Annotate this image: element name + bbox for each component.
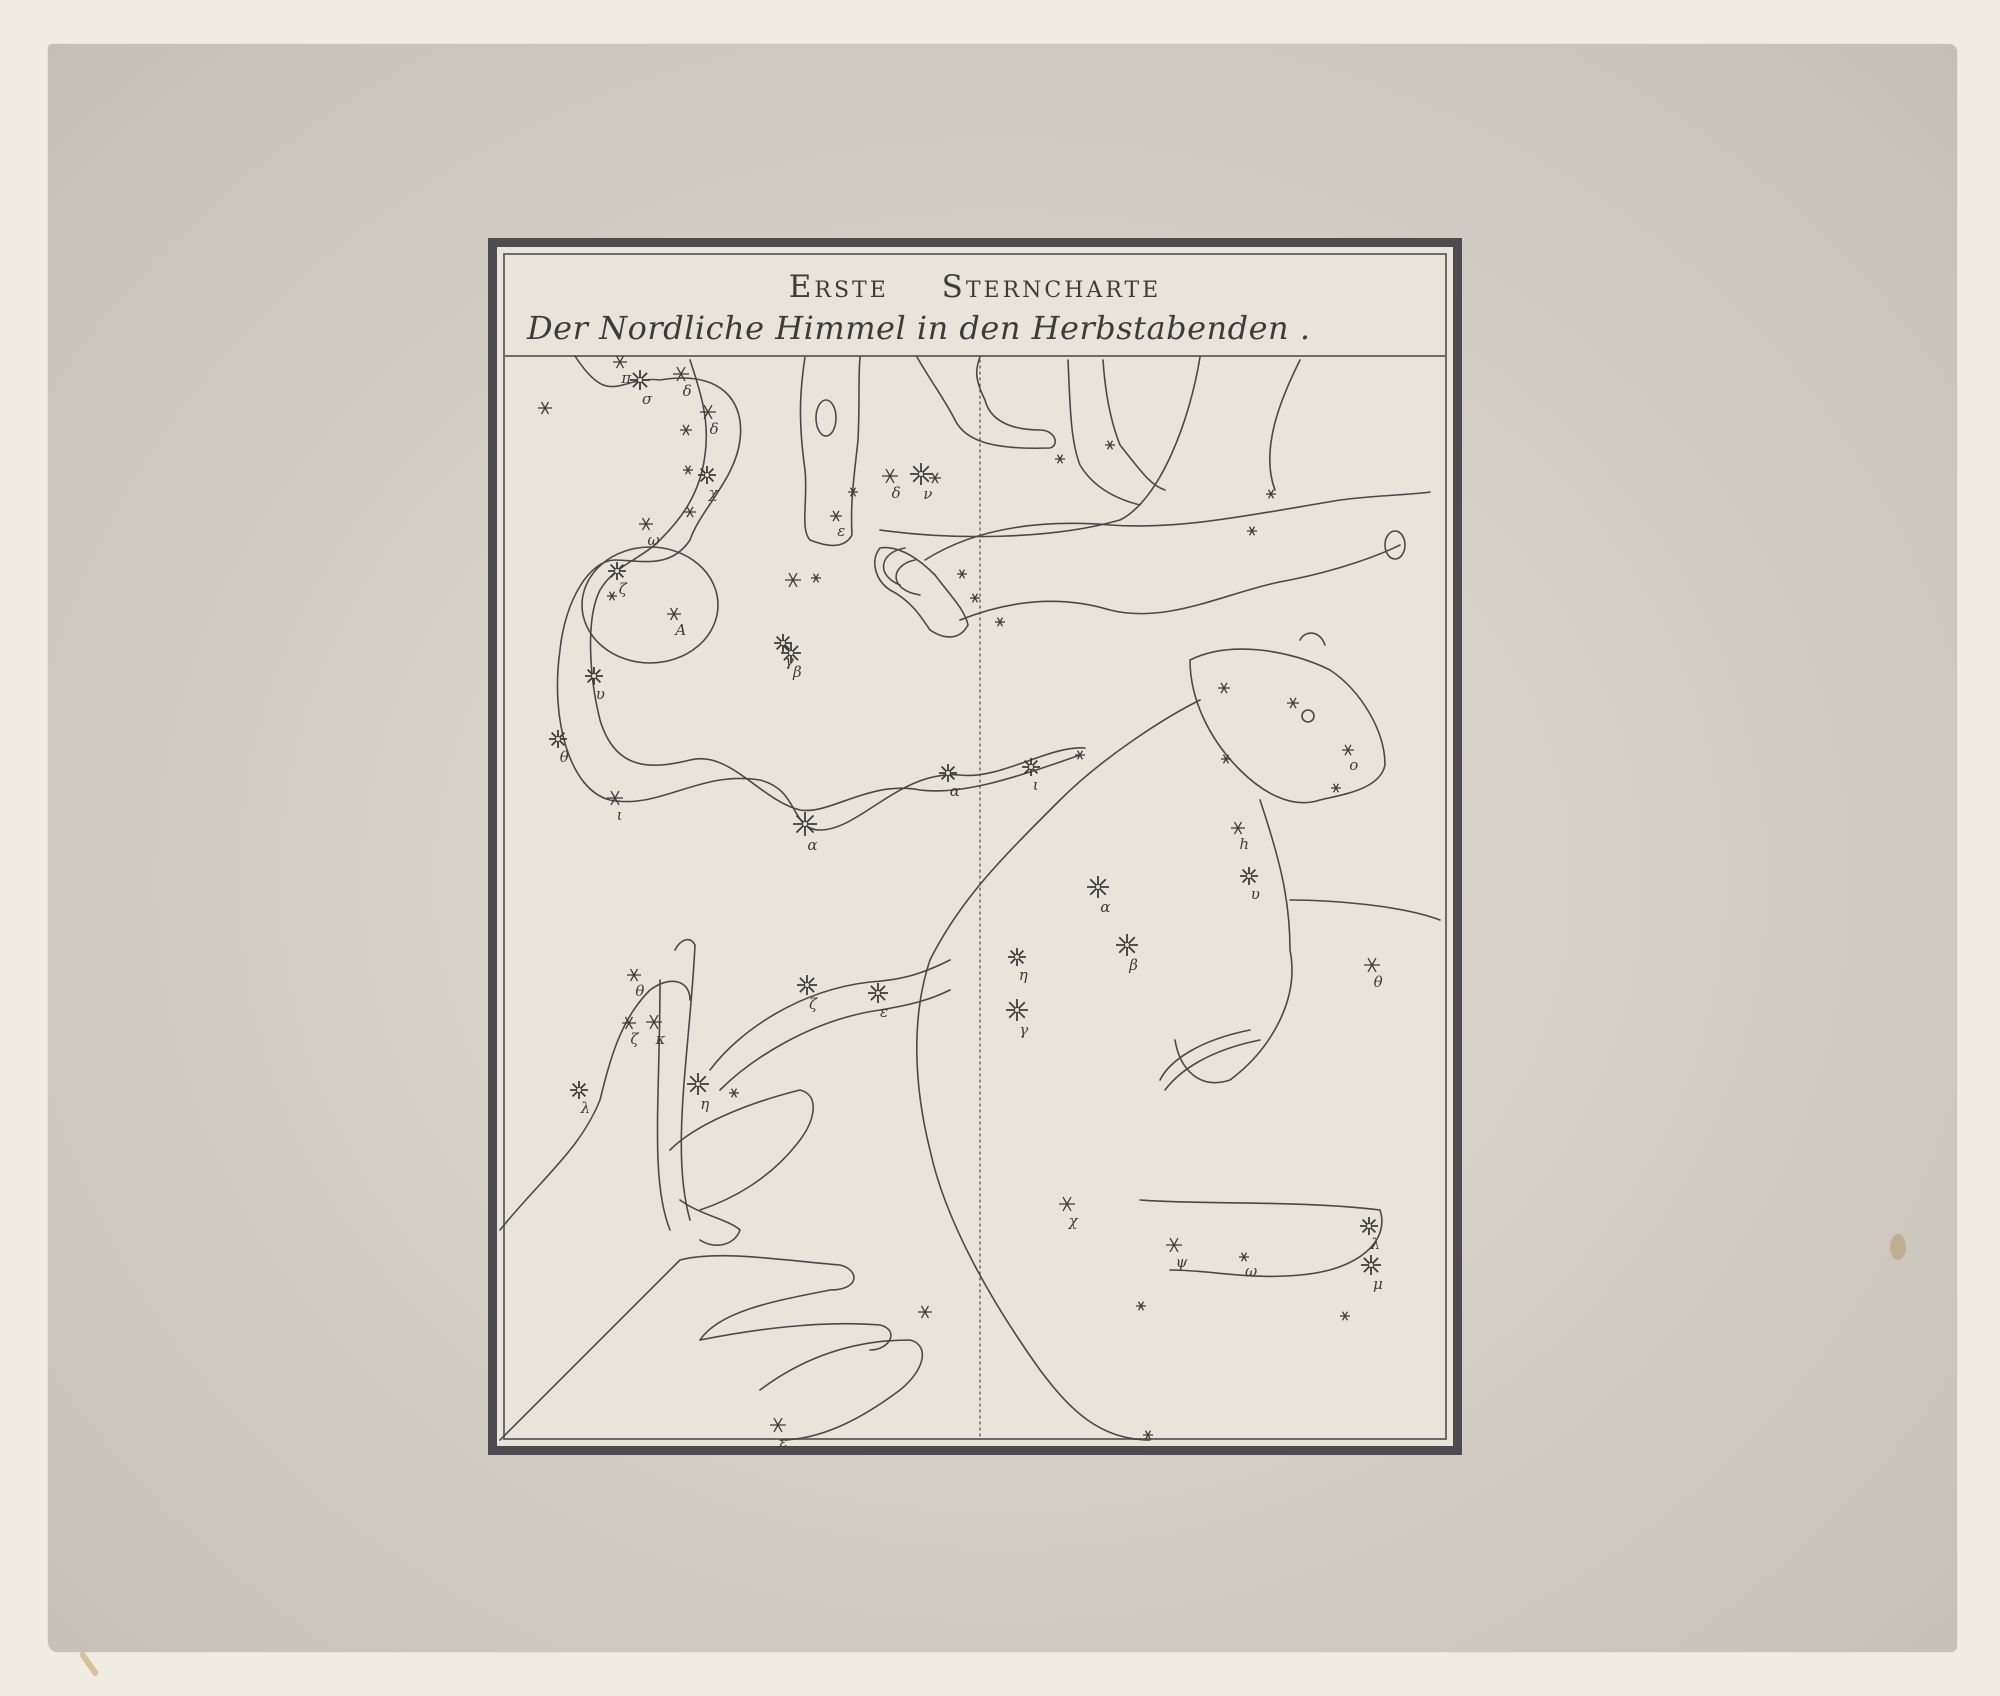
star-label: ι: [1033, 776, 1039, 794]
star-icon: [1105, 441, 1115, 450]
star-label: σ: [642, 390, 653, 408]
draco-body: [557, 356, 1085, 830]
star-icon: ι: [1022, 758, 1040, 794]
star-icon: ζ: [622, 1017, 639, 1048]
star-icon: λ: [570, 1081, 590, 1117]
star-label: o: [1349, 756, 1358, 774]
star-label: ζ: [619, 580, 628, 598]
star-label: A: [673, 621, 686, 639]
star-markers: πσδδχωζAυθιααιγβεδνohαυβηγθχψωλμζεηθκζλε: [538, 356, 1383, 1451]
star-label: η: [700, 1095, 709, 1113]
star-icon: μ: [1361, 1255, 1383, 1293]
star-icon: σ: [630, 370, 653, 408]
star-icon: υ: [585, 667, 605, 703]
star-icon: θ: [1364, 958, 1383, 991]
star-label: π: [620, 369, 632, 387]
hero-leg-right: [917, 357, 1055, 448]
star-icon: [1287, 698, 1299, 708]
star-icon: κ: [646, 1015, 666, 1048]
star-label: λ: [580, 1099, 591, 1117]
star-icon: [957, 570, 967, 579]
star-icon: δ: [673, 367, 692, 400]
star-label: δ: [710, 420, 719, 438]
dog-foreleg: [700, 1324, 891, 1350]
star-icon: [683, 466, 693, 475]
constellation-drawing: πσδδχωζAυθιααιγβεδνohαυβηγθχψωλμζεηθκζλε: [0, 0, 2000, 1696]
star-icon: υ: [1240, 867, 1260, 903]
ram-horn: [884, 548, 920, 595]
star-icon: [1331, 784, 1341, 793]
star-icon: ζ: [797, 975, 818, 1013]
star-icon: [1136, 1302, 1146, 1311]
star-label: h: [1239, 835, 1249, 853]
star-label: β: [1128, 956, 1138, 974]
star-icon: θ: [549, 730, 569, 766]
star-label: δ: [683, 382, 692, 400]
star-label: ψ: [1176, 1253, 1188, 1271]
star-icon: β: [1116, 934, 1138, 974]
star-label: β: [792, 663, 802, 681]
star-label: ε: [880, 1003, 888, 1021]
star-label: θ: [560, 748, 569, 766]
ram-neck: [925, 492, 1430, 620]
star-icon: ε: [830, 511, 845, 540]
star-label: κ: [655, 1030, 666, 1048]
bear-back: [917, 700, 1200, 1440]
star-icon: η: [1008, 948, 1028, 984]
star-icon: [1075, 751, 1085, 760]
star-icon: ν: [910, 463, 932, 503]
star-label: χ: [1068, 1212, 1079, 1230]
ram-head: [875, 548, 968, 637]
star-label: ζ: [630, 1030, 639, 1048]
star-label: η: [1019, 966, 1028, 984]
star-icon: δ: [882, 469, 901, 502]
star-icon: ω: [639, 518, 660, 549]
star-icon: [1266, 490, 1276, 499]
star-label: δ: [892, 484, 901, 502]
star-icon: [995, 618, 1005, 627]
star-label: α: [950, 782, 960, 800]
star-icon: χ: [1059, 1197, 1079, 1230]
star-label: α: [807, 836, 817, 854]
star-icon: α: [793, 812, 818, 854]
star-icon: [970, 594, 980, 603]
star-icon: ε: [868, 983, 888, 1021]
star-label: ζ: [809, 995, 818, 1013]
star-icon: γ: [1006, 999, 1028, 1039]
bear-tail: [710, 960, 950, 1090]
dog-body: [500, 1256, 854, 1440]
star-icon: [811, 574, 821, 583]
star-label: χ: [708, 484, 719, 502]
star-label: ε: [780, 1433, 788, 1451]
star-icon: α: [1087, 876, 1110, 916]
star-icon: [1055, 455, 1065, 464]
star-label: ω: [1245, 1262, 1257, 1280]
star-label: γ: [1019, 1021, 1028, 1039]
star-label: α: [1100, 898, 1110, 916]
star-icon: [1221, 755, 1231, 764]
star-label: ω: [647, 531, 659, 549]
star-icon: π: [613, 356, 632, 387]
sandal-strap: [816, 400, 836, 436]
star-icon: [785, 573, 801, 587]
star-label: θ: [1374, 973, 1383, 991]
bear-ear: [1300, 633, 1325, 645]
star-icon: [1143, 1431, 1153, 1440]
star-icon: h: [1231, 822, 1249, 853]
star-label: θ: [635, 982, 644, 1000]
star-label: υ: [1251, 885, 1260, 903]
bear-head: [1190, 649, 1385, 803]
star-icon: η: [687, 1073, 709, 1113]
star-label: ι: [617, 806, 623, 824]
bear-belly-fur: [1160, 1030, 1260, 1090]
star-icon: [607, 592, 617, 601]
dog-head-upper: [670, 1090, 813, 1210]
star-icon: α: [939, 764, 960, 800]
star-icon: [918, 1306, 932, 1318]
star-icon: ι: [607, 791, 623, 824]
star-icon: [1218, 683, 1230, 693]
star-label: λ: [1370, 1235, 1381, 1253]
star-icon: [538, 402, 552, 414]
star-icon: [1340, 1312, 1350, 1321]
star-icon: ψ: [1166, 1238, 1188, 1271]
star-label: μ: [1373, 1275, 1383, 1293]
star-icon: o: [1342, 745, 1358, 774]
star-icon: ζ: [608, 562, 628, 598]
star-icon: λ: [1360, 1217, 1380, 1253]
star-icon: [1247, 527, 1257, 536]
star-icon: [729, 1089, 739, 1098]
ram-hoof: [1385, 531, 1405, 559]
figure-legs-right: [880, 357, 1300, 537]
star-label: ε: [837, 522, 845, 540]
star-icon: δ: [700, 405, 719, 438]
star-icon: ε: [770, 1418, 788, 1451]
star-label: υ: [596, 685, 605, 703]
draco-head: [582, 547, 718, 663]
hero-leg-left: [800, 357, 860, 545]
star-label: ν: [923, 485, 932, 503]
star-icon: [680, 425, 692, 435]
star-icon: A: [667, 608, 686, 639]
star-icon: θ: [627, 969, 644, 1000]
bear-eye: [1302, 710, 1314, 722]
